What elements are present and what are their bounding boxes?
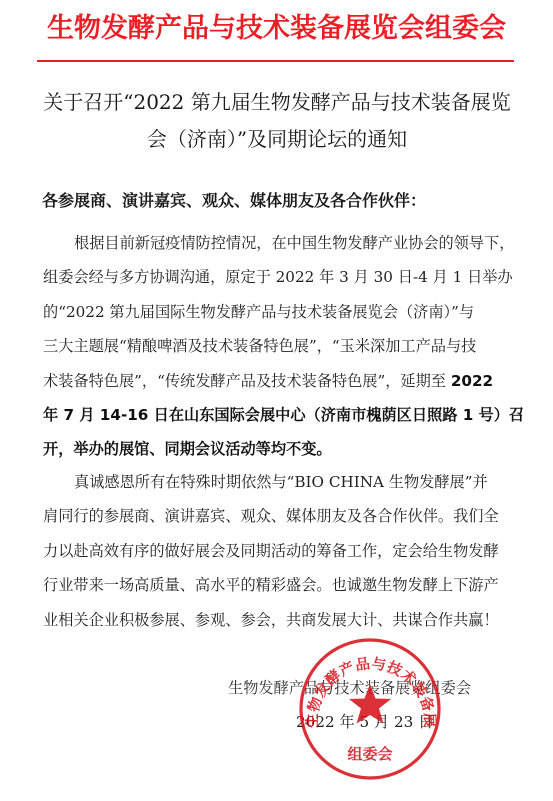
paragraph-line: 行业带来一场高质量、高水平的精彩盛会。也诚邀生物发酵上下游产	[43, 568, 515, 602]
paragraph-line-text: 术装备特色展”，“传统发酵产品及技术装备特色展”，延期至	[43, 372, 451, 390]
salutation: 各参展商、演讲嘉宾、观众、媒体朋友及各合作伙伴：	[42, 189, 426, 213]
paragraph-line: 术装备特色展”，“传统发酵产品及技术装备特色展”，延期至 2022	[43, 364, 515, 398]
paragraph-line-text: 真诚感恩所有在特殊时期依然与“BIO CHINA 生物发酵展”并	[74, 473, 488, 491]
new-date-year: 2022	[451, 372, 493, 390]
header-divider	[37, 60, 514, 62]
signature-organization: 生物发酵产品与技术装备展览组委会	[228, 676, 494, 700]
paragraph-line: 根据目前新冠疫情防控情况，在中国生物发酵产业协会的领导下，	[43, 226, 515, 260]
org-header-title: 生物发酵产品与技术装备展览会组委会	[0, 12, 553, 46]
paragraph-line: 业相关企业积极参展、参观、参会，共商发展大计、共谋合作共赢！	[43, 603, 515, 637]
paragraph-line-text: 根据目前新冠疫情防控情况，在中国生物发酵产业协会的领导下，	[74, 234, 514, 252]
new-date-venue-line: 年 7 月 14-16 日在山东国际会展中心（济南市槐荫区日照路 1 号）召	[43, 398, 515, 432]
seal-bottom-text: 组委会	[347, 745, 392, 763]
notice-title-line-2: 会（济南）”及同期论坛的通知	[38, 121, 516, 158]
paragraph-line: 的“2022 第九届国际生物发酵产品与技术装备展览会（济南）”与	[43, 295, 515, 329]
notice-title: 关于召开“2022 第九届生物发酵产品与技术装备展览 会（济南）”及同期论坛的通…	[38, 84, 516, 158]
paragraph-line: 三大主题展“精酿啤酒及技术装备特色展”，“玉米深加工产品与技	[43, 329, 515, 363]
paragraph-line: 肩同行的参展商、演讲嘉宾、观众、媒体朋友及各合作伙伴。我们全	[43, 499, 515, 533]
paragraph-postponement: 根据目前新冠疫情防控情况，在中国生物发酵产业协会的领导下， 组委会经与多方协调沟…	[43, 226, 515, 467]
signature-date: 2022 年 5 月 23 日	[296, 710, 433, 734]
unchanged-arrangements-line: 开，举办的展馆、同期会议活动等均不变。	[43, 432, 515, 466]
paragraph-line: 真诚感恩所有在特殊时期依然与“BIO CHINA 生物发酵展”并	[43, 465, 515, 499]
paragraph-line: 力以赴高效有序的做好展会及同期活动的筹备工作，定会给生物发酵	[43, 534, 515, 568]
paragraph-line: 组委会经与多方协调沟通，原定于 2022 年 3 月 30 日-4 月 1 日举…	[43, 260, 515, 294]
official-seal-stamp: 国际生物发酵产品与技术装备展览会 组委会	[296, 637, 444, 781]
notice-title-line-1: 关于召开“2022 第九届生物发酵产品与技术装备展览	[38, 84, 516, 121]
paragraph-gratitude: 真诚感恩所有在特殊时期依然与“BIO CHINA 生物发酵展”并 肩同行的参展商…	[43, 465, 515, 637]
